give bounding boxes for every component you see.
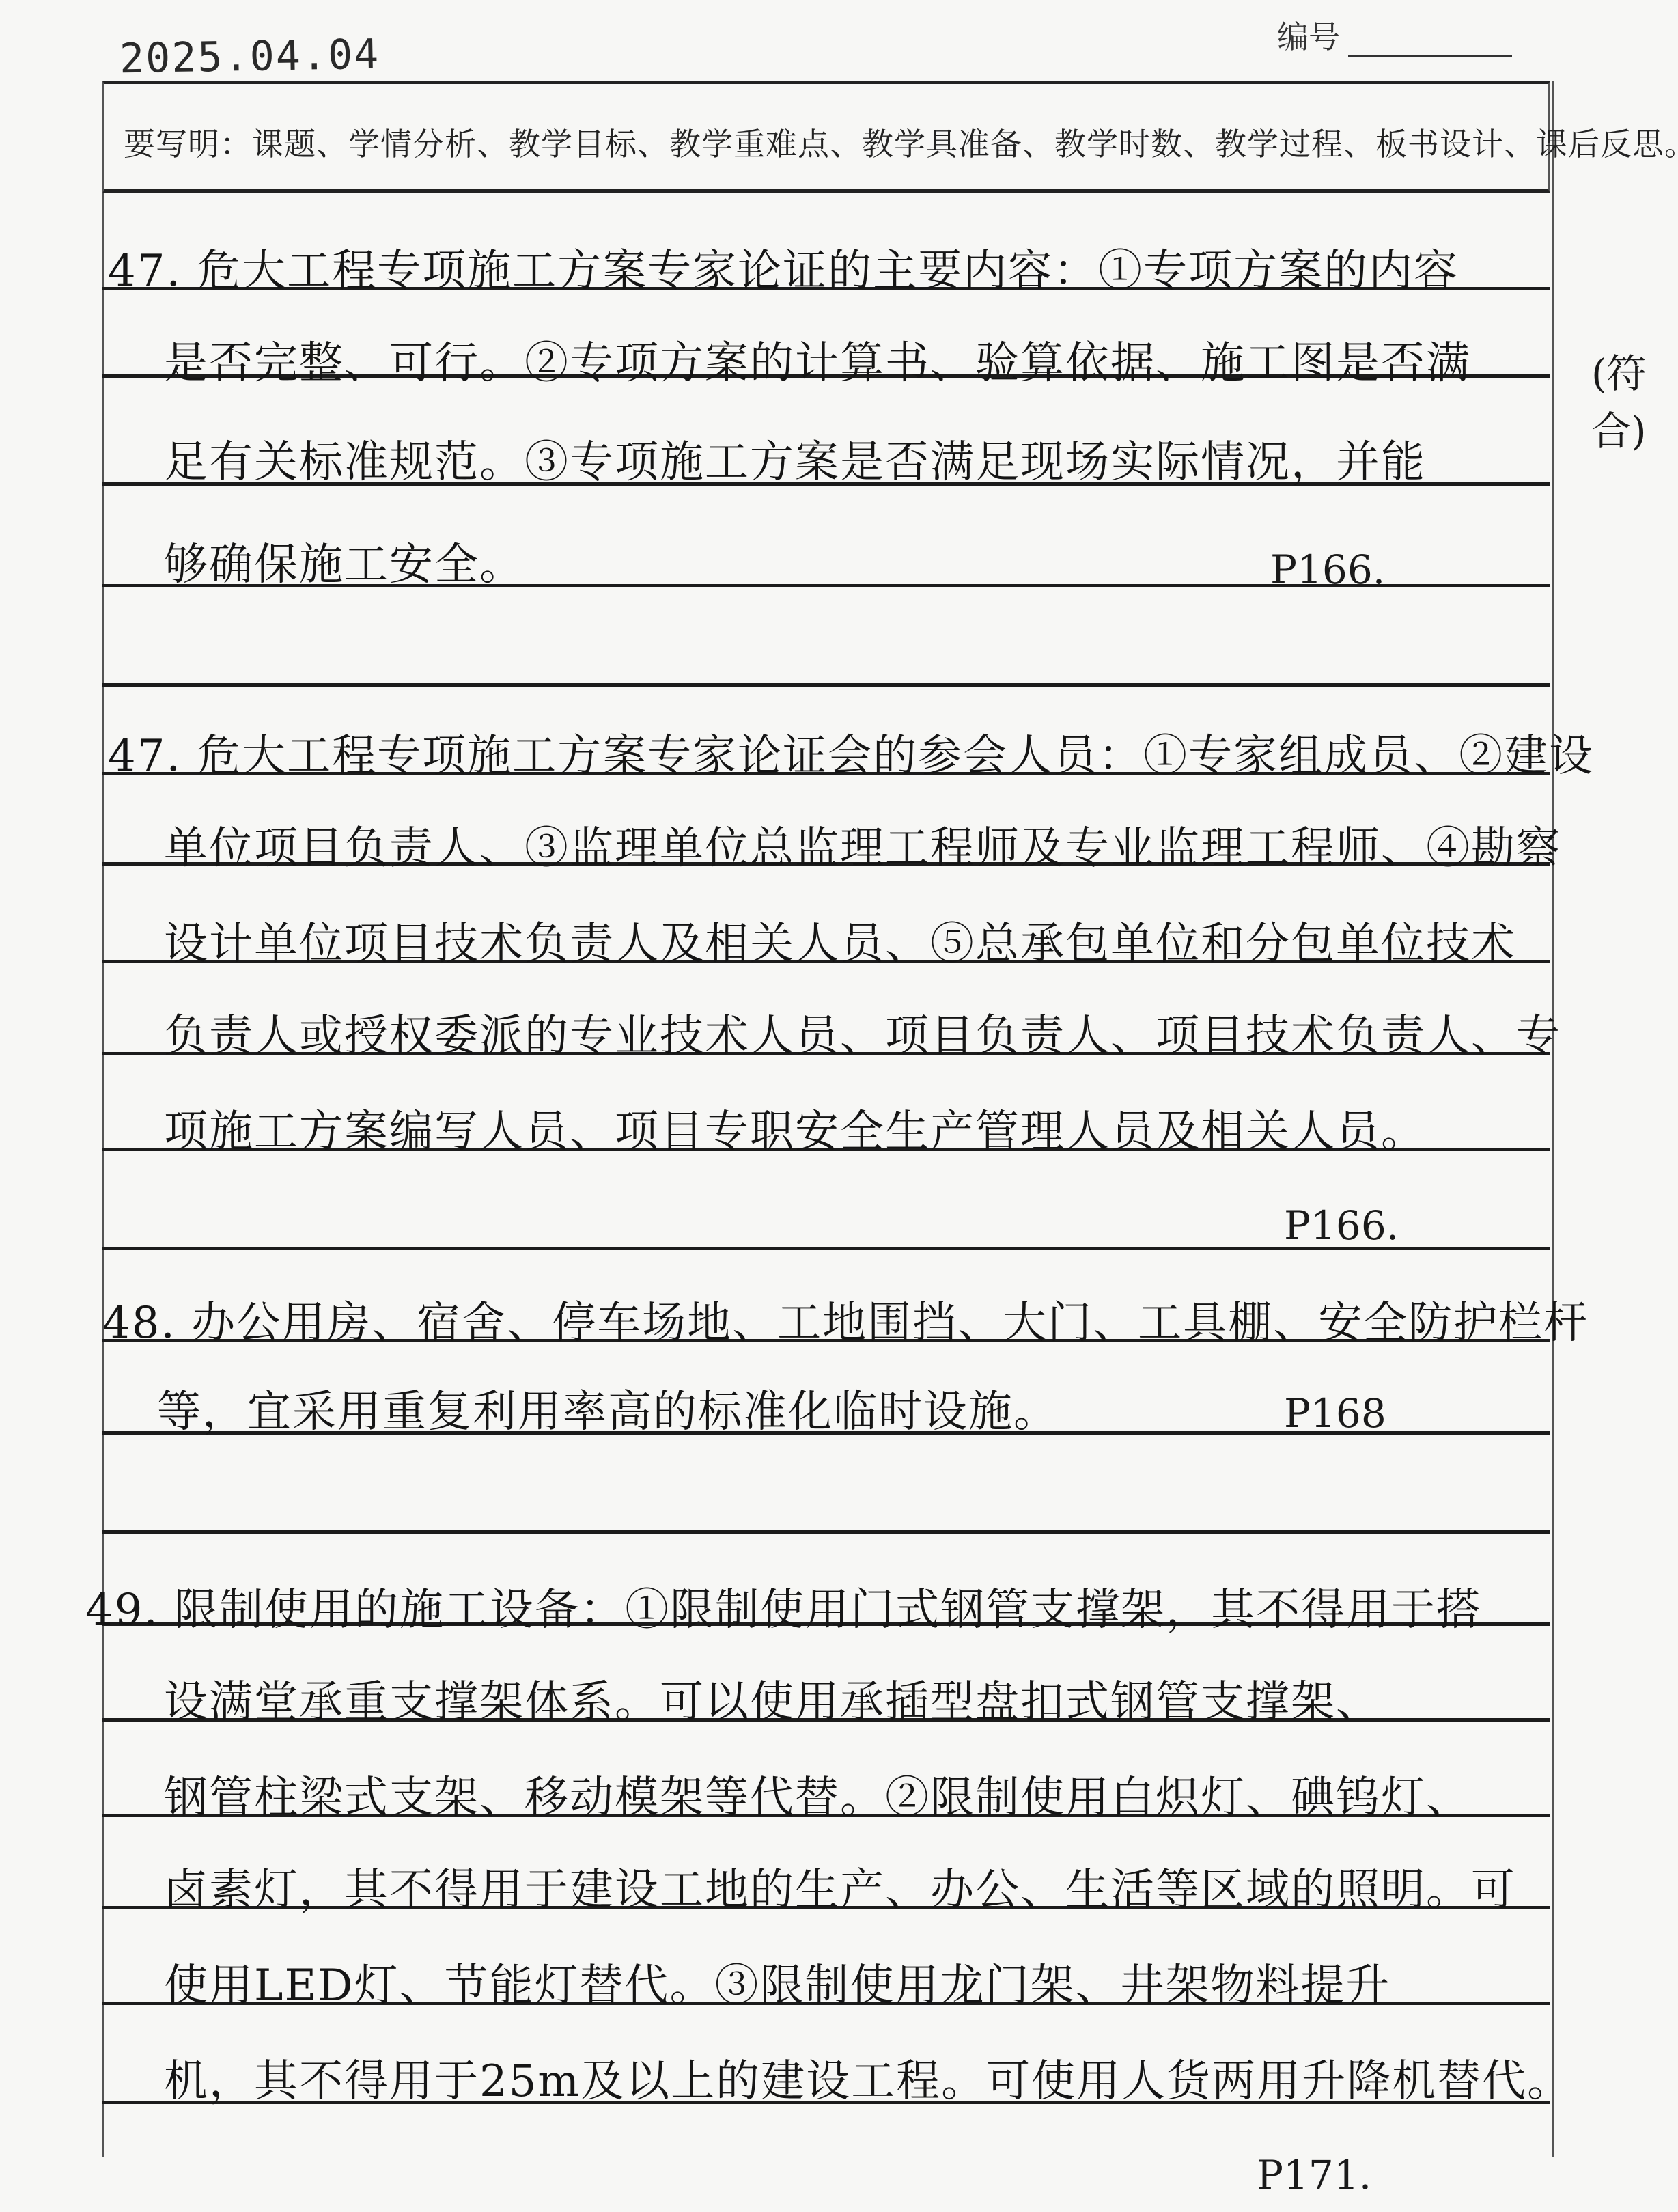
note-line: 项施工方案编写人员、项目专职安全生产管理人员及相关人员。 bbox=[164, 1096, 1426, 1159]
serial-number-field: 编号 bbox=[1277, 12, 1512, 57]
note-line: 等，宜采用重复利用率高的标准化临时设施。 bbox=[157, 1377, 1059, 1439]
note-line: 49. 限制使用的施工设备：①限制使用门式钢管支撑架，其不得用于搭 bbox=[85, 1575, 1481, 1637]
handwritten-date: 2025.04.04 bbox=[119, 31, 380, 83]
ruled-line bbox=[102, 1530, 1550, 1534]
note-line: 47. 危大工程专项施工方案专家论证的主要内容：①专项方案的内容 bbox=[108, 236, 1459, 299]
note-line: 设计单位项目技术负责人及相关人员、⑤总承包单位和分包单位技术 bbox=[164, 909, 1516, 971]
serial-number-label: 编号 bbox=[1277, 18, 1340, 55]
page-reference: P166. bbox=[1284, 1202, 1399, 1249]
note-line: 钢管柱梁式支架、移动模架等代替。②限制使用白炽灯、碘钨灯、 bbox=[164, 1762, 1471, 1825]
note-line: 47. 危大工程专项施工方案专家论证会的参会人员：①专家组成员、②建设 bbox=[108, 721, 1594, 784]
note-line: 机，其不得用于25m及以上的建设工程。可使用人货两用升降机替代。 bbox=[164, 2046, 1572, 2109]
note-line: 使用LED灯、节能灯替代。③限制使用龙门架、井架物料提升 bbox=[164, 1950, 1391, 2013]
note-line: 单位项目负责人、③监理单位总监理工程师及专业监理工程师、④勘察 bbox=[164, 813, 1561, 876]
requirements-box: 要写明：课题、学情分析、教学目标、教学重难点、教学具准备、教学时数、教学过程、板… bbox=[102, 81, 1550, 193]
page-reference: P166. bbox=[1270, 547, 1385, 593]
page-reference: P168 bbox=[1284, 1390, 1386, 1437]
ruled-line bbox=[102, 683, 1550, 687]
note-line: 够确保施工安全。 bbox=[164, 529, 525, 592]
note-line: 是否完整、可行。②专项方案的计算书、验算依据、施工图是否满 bbox=[164, 328, 1471, 391]
note-line: 负责人或授权委派的专业技术人员、项目负责人、项目技术负责人、专 bbox=[164, 1001, 1561, 1064]
note-line: 卤素灯，其不得用于建设工地的生产、办公、生活等区域的照明。可 bbox=[164, 1855, 1516, 1918]
margin-note: (符合) bbox=[1591, 342, 1678, 456]
page-reference: P171. bbox=[1257, 2152, 1371, 2198]
requirements-text: 要写明：课题、学情分析、教学目标、教学重难点、教学具准备、教学时数、教学过程、板… bbox=[124, 120, 1678, 165]
note-line: 足有关标准规范。③专项施工方案是否满足现场实际情况，并能 bbox=[164, 427, 1426, 490]
serial-number-blank bbox=[1348, 27, 1512, 57]
note-line: 48. 办公用房、宿舍、停车场地、工地围挡、大门、工具棚、安全防护栏杆 bbox=[102, 1288, 1589, 1351]
note-line: 设满堂承重支撑架体系。可以使用承插型盘扣式钢管支撑架、 bbox=[164, 1667, 1381, 1730]
